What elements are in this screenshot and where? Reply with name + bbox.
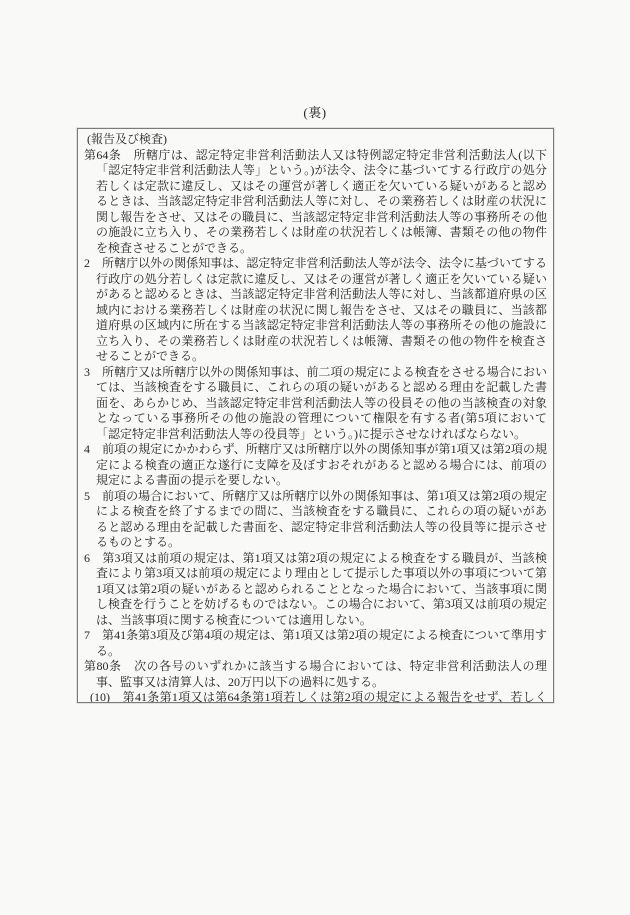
law-paragraph-6: 6 第3項又は前項の規定は、第1項又は第2項の規定による検査をする職員が、当該検…: [84, 551, 547, 629]
law-paragraph-第64条: 第64条 所轄庁は、認定特定非営利活動法人又は特例認定特定非営利活動法人(以下「…: [84, 148, 547, 257]
law-paragraph-(10): (10) 第41条第1項又は第64条第1項若しくは第2項の規定による報告をせず、…: [84, 690, 547, 703]
law-paragraph-5: 5 前項の場合において、所轄庁又は所轄庁以外の関係知事は、第1項又は第2項の規定…: [84, 489, 547, 551]
law-paragraph-7: 7 第41条第3項及び第4項の規定は、第1項又は第2項の規定による検査について準…: [84, 628, 547, 659]
section-heading: (報告及び検査): [84, 132, 547, 148]
legal-text-box: (報告及び検査) 第64条 所轄庁は、認定特定非営利活動法人又は特例認定特定非営…: [77, 128, 554, 703]
law-paragraph-2: 2 所轄庁以外の関係知事は、認定特定非営利活動法人等が法令、法令に基づいてする行…: [84, 256, 547, 365]
page-side-label: (裏): [0, 102, 630, 121]
law-paragraph-3: 3 所轄庁又は所轄庁以外の関係知事は、前二項の規定による検査をさせる場合において…: [84, 365, 547, 443]
law-paragraph-4: 4 前項の規定にかかわらず、所轄庁又は所轄庁以外の関係知事が第1項又は第2項の規…: [84, 442, 547, 489]
law-paragraph-第80条: 第80条 次の各号のいずれかに該当する場合においては、特定非営利活動法人の理事、…: [84, 659, 547, 690]
